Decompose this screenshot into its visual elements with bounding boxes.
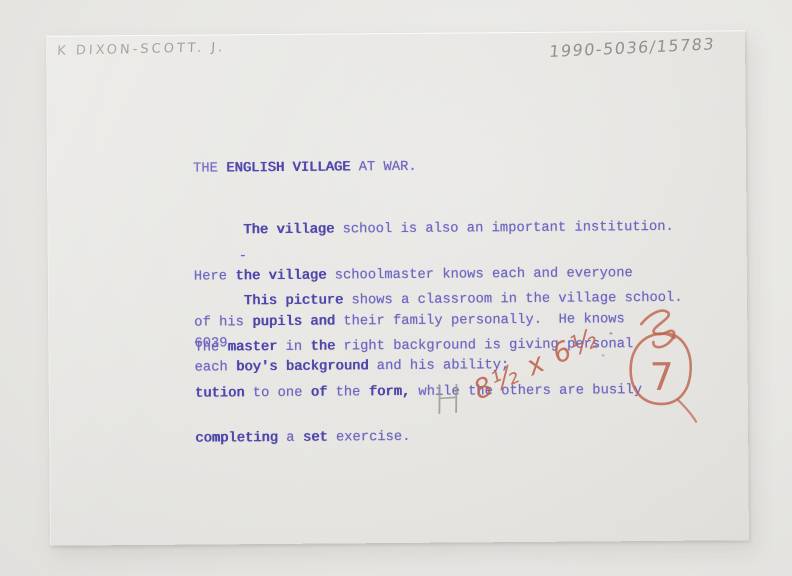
photo-backdrop: K DIXON-SCOTT. J. 1990-5036/15783 THE EN… <box>0 0 792 576</box>
pencil-speck <box>602 354 605 356</box>
red-scribble-mark <box>641 311 674 348</box>
circled-number: 7 <box>650 355 675 399</box>
pencil-annotation-catalogue-number: 1990-5036/15783 <box>548 34 716 61</box>
photograph-back: K DIXON-SCOTT. J. 1990-5036/15783 THE EN… <box>46 30 749 545</box>
typed-line: The village school is also an important … <box>193 220 673 239</box>
circled-number-annotation: 7 <box>597 301 733 447</box>
pencil-annotation-photographer: K DIXON-SCOTT. J. <box>57 40 226 59</box>
red-circle-tail <box>678 400 696 422</box>
pencil-speck <box>609 332 612 334</box>
size-annotation-prefix: H <box>434 376 462 423</box>
typed-negative-number: 6039. <box>194 336 236 352</box>
stray-typed-dash: - <box>239 249 247 264</box>
typed-title: THE ENGLISH VILLAGE AT WAR. <box>193 160 417 177</box>
